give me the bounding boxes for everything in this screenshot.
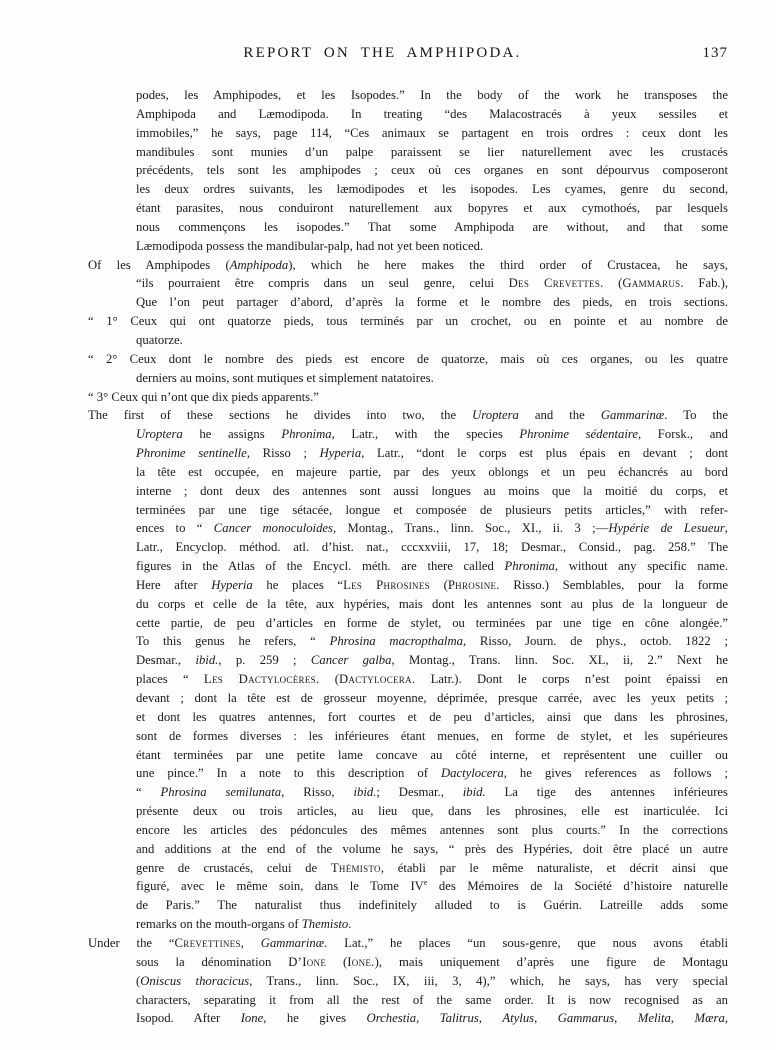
text-segment: Des Crevettes. xyxy=(509,276,604,290)
text-segment: , p. 259 ; xyxy=(218,653,311,667)
text-segment: , xyxy=(725,1011,728,1025)
text-segment: , Risso, xyxy=(281,785,353,799)
text-segment: Phronime sentinelle xyxy=(136,446,247,460)
text-line: mandibules sont munies d’un palpe parais… xyxy=(88,143,728,162)
text-line: sont de formes diverses : les inférieure… xyxy=(88,727,728,746)
text-line: (Oniscus thoracicus, Trans., linn. Soc.,… xyxy=(88,972,728,991)
text-segment: . xyxy=(348,917,351,931)
text-line: figuré, avec le même soin, dans le Tome … xyxy=(88,877,728,896)
text-segment: devant ; dont la tête est de grosseur mo… xyxy=(136,691,728,705)
text-segment: Hyperia xyxy=(320,446,362,460)
text-segment: nous commençons les isopodes.” That some… xyxy=(136,220,728,234)
text-segment: , xyxy=(534,1011,558,1025)
text-segment: , xyxy=(241,936,261,950)
text-segment: des Mémoires de la Société d’histoire na… xyxy=(427,879,728,893)
text-segment: To this genus he refers, “ xyxy=(136,634,330,648)
text-line: figures in the Atlas of the Encycl. méth… xyxy=(88,557,728,576)
text-segment: podes, les Amphipodes, et les Isopodes.”… xyxy=(136,88,728,102)
text-segment: Oniscus thoracicus xyxy=(140,974,249,988)
text-line: et dont les quatres antennes, fort court… xyxy=(88,708,728,727)
text-segment: cette partie, de peu d’articles en forme… xyxy=(136,616,728,630)
page-header: REPORT ON THE AMPHIPODA. 137 xyxy=(0,45,776,65)
text-segment: , Montag., Trans. linn. Soc. XL, ii, 2.”… xyxy=(391,653,728,667)
text-segment: Under the “ xyxy=(88,936,175,950)
text-segment: ibid. xyxy=(463,785,486,799)
text-segment: “ 3° Ceux qui n’ont que dix pieds appare… xyxy=(88,390,319,404)
text-segment: Hypérie de Lesueur xyxy=(608,521,724,535)
text-line: Que l’on peut partager d’abord, d’après … xyxy=(88,293,728,312)
text-line: Under the “Crevettines, Gammarinæ. Lat.,… xyxy=(88,934,728,953)
text-segment: places “ xyxy=(136,672,204,686)
text-line: de Paris.” The naturalist thus indefinit… xyxy=(88,896,728,915)
text-segment: “ xyxy=(136,785,161,799)
text-segment: Dactylocera. xyxy=(339,672,415,686)
text-segment: encore les articles des pédoncules des m… xyxy=(136,823,728,837)
text-line: la tête est occupée, en majeure partie, … xyxy=(88,463,728,482)
text-segment: Phrosina semilunata xyxy=(161,785,282,799)
text-segment: terminées par une tige sétacée, longue e… xyxy=(136,503,728,517)
text-segment: Gammarus. xyxy=(622,276,684,290)
text-segment: and additions at the end of the volume h… xyxy=(136,842,728,856)
text-segment: Phrosine. xyxy=(448,578,500,592)
text-segment: les deux ordres suivants, les læmodipode… xyxy=(136,182,728,196)
text-segment: immobiles,” he says, page 114, “Ces anim… xyxy=(136,126,728,140)
paragraph: “ 2° Ceux dont le nombre des pieds est e… xyxy=(88,350,728,388)
text-line: and additions at the end of the volume h… xyxy=(88,840,728,859)
text-segment: Isopod. After xyxy=(136,1011,241,1025)
text-segment: , Latr., with the species xyxy=(332,427,520,441)
text-segment: , établi par le même naturaliste, et déc… xyxy=(381,861,728,875)
text-segment: ( xyxy=(430,578,448,592)
text-segment: , Risso ; xyxy=(247,446,320,460)
text-segment: Dactylocera xyxy=(441,766,504,780)
text-segment: , without any specific name. xyxy=(555,559,728,573)
text-segment: Phrosina macropthalma xyxy=(330,634,463,648)
text-segment: ibid. xyxy=(353,785,376,799)
text-line: présente deux ou trois articles, au lieu… xyxy=(88,802,728,821)
text-line: Amphipoda and Læmodipoda. In treating “d… xyxy=(88,105,728,124)
text-segment: Fab.), xyxy=(684,276,728,290)
text-segment: Melita xyxy=(638,1011,671,1025)
text-segment: interne ; dont deux des antennes sont au… xyxy=(136,484,728,498)
text-line: sous la dénomination D’Ione (Ione.), mai… xyxy=(88,953,728,972)
text-segment: ences to “ xyxy=(136,521,214,535)
text-segment: Amphipoda xyxy=(230,258,289,272)
text-segment: , xyxy=(416,1011,440,1025)
text-segment: du corps et celle de la tête, aux hypéri… xyxy=(136,597,728,611)
text-segment: sous la dénomination xyxy=(136,955,288,969)
text-segment: Atylus xyxy=(502,1011,534,1025)
text-line: Here after Hyperia he places “Les Phrosi… xyxy=(88,576,728,595)
text-line: remarks on the mouth-organs of Themisto. xyxy=(88,915,728,934)
text-segment: , he gives xyxy=(263,1011,366,1025)
text-segment: , Risso, Journ. de phys., octob. 1822 ; xyxy=(463,634,728,648)
text-segment: une pince.” In a note to this descriptio… xyxy=(136,766,441,780)
text-line: ences to “ Cancer monoculoides, Montag.,… xyxy=(88,519,728,538)
text-line: podes, les Amphipodes, et les Isopodes.”… xyxy=(88,86,728,105)
page-number: 137 xyxy=(703,45,729,62)
text-segment: et dont les quatres antennes, fort court… xyxy=(136,710,728,724)
text-line: Latr., Encyclop. méthod. atl. d’hist. na… xyxy=(88,538,728,557)
text-line: une pince.” In a note to this descriptio… xyxy=(88,764,728,783)
text-segment: characters, separating it from all the r… xyxy=(136,993,728,1007)
text-segment: figuré, avec le même soin, dans le Tome … xyxy=(136,879,424,893)
text-segment: Phronima xyxy=(505,559,555,573)
paragraph: Of les Amphipodes (Amphipoda), which he … xyxy=(88,256,728,313)
text-line: “ Phrosina semilunata, Risso, ibid.; Des… xyxy=(88,783,728,802)
text-line: derniers au moins, sont mutiques et simp… xyxy=(88,369,728,388)
text-segment: Risso.) Semblables, pour la forme xyxy=(500,578,728,592)
text-segment: mandibules sont munies d’un palpe parais… xyxy=(136,145,728,159)
paragraph: Under the “Crevettines, Gammarinæ. Lat.,… xyxy=(88,934,728,1028)
text-line: places “ Les Dactylocères. (Dactylocera.… xyxy=(88,670,728,689)
text-segment: , xyxy=(725,521,728,535)
text-segment: “ 2° Ceux dont le nombre des pieds est e… xyxy=(88,352,728,366)
text-segment: . To the xyxy=(664,408,728,422)
text-line: Desmar., ibid., p. 259 ; Cancer galba, M… xyxy=(88,651,728,670)
text-line: Læmodipoda possess the mandibular-palp, … xyxy=(88,237,728,256)
text-segment: , Forsk., and xyxy=(638,427,728,441)
text-segment: Cancer monoculoides xyxy=(214,521,333,535)
text-segment: , Trans., linn. Soc., IX, iii, 3, 4),” w… xyxy=(249,974,728,988)
text-segment: Phronime sédentaire xyxy=(519,427,638,441)
text-segment: de Paris.” The naturalist thus indefinit… xyxy=(136,898,728,912)
text-line: Phronime sentinelle, Risso ; Hyperia, La… xyxy=(88,444,728,463)
text-segment: “ils pourraient être compris dans un seu… xyxy=(136,276,509,290)
text-segment: ibid. xyxy=(195,653,218,667)
text-segment: he assigns xyxy=(183,427,282,441)
text-line: les deux ordres suivants, les læmodipode… xyxy=(88,180,728,199)
text-segment: derniers au moins, sont mutiques et simp… xyxy=(136,371,434,385)
text-segment: Gammarinæ xyxy=(601,408,664,422)
text-segment: Gammarus xyxy=(558,1011,614,1025)
text-segment: Here after xyxy=(136,578,211,592)
text-segment: and the xyxy=(519,408,601,422)
text-segment: Crevettines xyxy=(175,936,241,950)
text-segment: quatorze. xyxy=(136,333,183,347)
text-body: podes, les Amphipodes, et les Isopodes.”… xyxy=(88,86,728,1028)
text-segment: Phronima xyxy=(281,427,331,441)
text-segment: Uroptera xyxy=(136,427,183,441)
text-segment: ), which he here makes the third order o… xyxy=(288,258,728,272)
text-segment: ( xyxy=(604,276,623,290)
text-segment: Uroptera xyxy=(472,408,519,422)
text-line: “ 3° Ceux qui n’ont que dix pieds appare… xyxy=(88,388,728,407)
paragraph: “ 3° Ceux qui n’ont que dix pieds appare… xyxy=(88,388,728,407)
text-line: genre de crustacés, celui de Thémisto, é… xyxy=(88,859,728,878)
text-segment: Læmodipoda possess the mandibular-palp, … xyxy=(136,239,483,253)
text-line: immobiles,” he says, page 114, “Ces anim… xyxy=(88,124,728,143)
text-segment: présente deux ou trois articles, au lieu… xyxy=(136,804,728,818)
text-segment: Orchestia xyxy=(367,1011,417,1025)
text-segment: Latr.). Dont le corps n’est point épaiss… xyxy=(415,672,728,686)
text-segment: La tige des antennes inférieures xyxy=(486,785,728,799)
text-line: étant terminées par une petite lame conc… xyxy=(88,746,728,765)
text-line: Uroptera he assigns Phronima, Latr., wit… xyxy=(88,425,728,444)
text-segment: étant parasites, nous conduiront naturel… xyxy=(136,201,728,215)
text-segment: , Montag., Trans., linn. Soc., XI., ii. … xyxy=(333,521,608,535)
text-line: encore les articles des pédoncules des m… xyxy=(88,821,728,840)
text-line: The first of these sections he divides i… xyxy=(88,406,728,425)
text-segment: précédents, tels sont les amphipodes ; c… xyxy=(136,163,728,177)
text-segment: , Latr., “dont le corps est plus épais e… xyxy=(361,446,728,460)
text-segment: Thémisto xyxy=(331,861,381,875)
text-segment: ( xyxy=(326,955,347,969)
paragraph: “ 1° Ceux qui ont quatorze pieds, tous t… xyxy=(88,312,728,350)
text-segment: Hyperia xyxy=(211,578,253,592)
text-segment: , xyxy=(614,1011,638,1025)
text-segment: The first of these sections he divides i… xyxy=(88,408,472,422)
text-segment: D’Ione xyxy=(288,955,326,969)
text-segment: Of les Amphipodes ( xyxy=(88,258,230,272)
page-title: REPORT ON THE AMPHIPODA. xyxy=(243,45,521,62)
text-segment: genre de crustacés, celui de xyxy=(136,861,331,875)
document-page: REPORT ON THE AMPHIPODA. 137 podes, les … xyxy=(0,0,776,1050)
text-segment: Mæra xyxy=(695,1011,725,1025)
text-line: du corps et celle de la tête, aux hypéri… xyxy=(88,595,728,614)
paragraph: The first of these sections he divides i… xyxy=(88,406,728,934)
text-line: interne ; dont deux des antennes sont au… xyxy=(88,482,728,501)
text-segment: Ione. xyxy=(347,955,374,969)
text-line: quatorze. xyxy=(88,331,728,350)
text-segment: Gammarinæ. xyxy=(261,936,328,950)
text-segment: Themisto xyxy=(302,917,349,931)
text-line: “ils pourraient être compris dans un seu… xyxy=(88,274,728,293)
text-line: cette partie, de peu d’articles en forme… xyxy=(88,614,728,633)
text-line: Isopod. After Ione, he gives Orchestia, … xyxy=(88,1009,728,1028)
text-line: To this genus he refers, “ Phrosina macr… xyxy=(88,632,728,651)
text-segment: figures in the Atlas of the Encycl. méth… xyxy=(136,559,505,573)
text-segment: Les Dactylocères. xyxy=(204,672,319,686)
text-segment: ; Desmar., xyxy=(376,785,462,799)
text-line: étant parasites, nous conduiront naturel… xyxy=(88,199,728,218)
text-segment: Ione xyxy=(241,1011,264,1025)
text-segment: , he gives references as follows ; xyxy=(504,766,728,780)
text-segment: Amphipoda and Læmodipoda. In treating “d… xyxy=(136,107,728,121)
text-line: devant ; dont la tête est de grosseur mo… xyxy=(88,689,728,708)
text-segment: étant terminées par une petite lame conc… xyxy=(136,748,728,762)
paragraph: podes, les Amphipodes, et les Isopodes.”… xyxy=(88,86,728,256)
text-segment: ), mais uniquement d’après une figure de… xyxy=(375,955,728,969)
text-line: “ 2° Ceux dont le nombre des pieds est e… xyxy=(88,350,728,369)
text-segment: ( xyxy=(319,672,339,686)
text-segment: la tête est occupée, en majeure partie, … xyxy=(136,465,728,479)
text-segment: Que l’on peut partager d’abord, d’après … xyxy=(136,295,728,309)
text-segment: Lat.,” he places “un sous-genre, que nou… xyxy=(327,936,728,950)
text-line: “ 1° Ceux qui ont quatorze pieds, tous t… xyxy=(88,312,728,331)
text-segment: sont de formes diverses : les inférieure… xyxy=(136,729,728,743)
text-line: Of les Amphipodes (Amphipoda), which he … xyxy=(88,256,728,275)
text-segment: Desmar., xyxy=(136,653,195,667)
text-segment: Talitrus xyxy=(440,1011,479,1025)
text-line: nous commençons les isopodes.” That some… xyxy=(88,218,728,237)
text-segment: Cancer galba xyxy=(311,653,392,667)
text-segment: he places “ xyxy=(253,578,343,592)
text-segment: , xyxy=(671,1011,695,1025)
text-segment: Latr., Encyclop. méthod. atl. d’hist. na… xyxy=(136,540,728,554)
text-line: précédents, tels sont les amphipodes ; c… xyxy=(88,161,728,180)
text-segment: Les Phrosines xyxy=(343,578,430,592)
text-line: characters, separating it from all the r… xyxy=(88,991,728,1010)
text-line: terminées par une tige sétacée, longue e… xyxy=(88,501,728,520)
text-segment: remarks on the mouth-organs of xyxy=(136,917,302,931)
text-segment: “ 1° Ceux qui ont quatorze pieds, tous t… xyxy=(88,314,728,328)
text-segment: , xyxy=(479,1011,503,1025)
